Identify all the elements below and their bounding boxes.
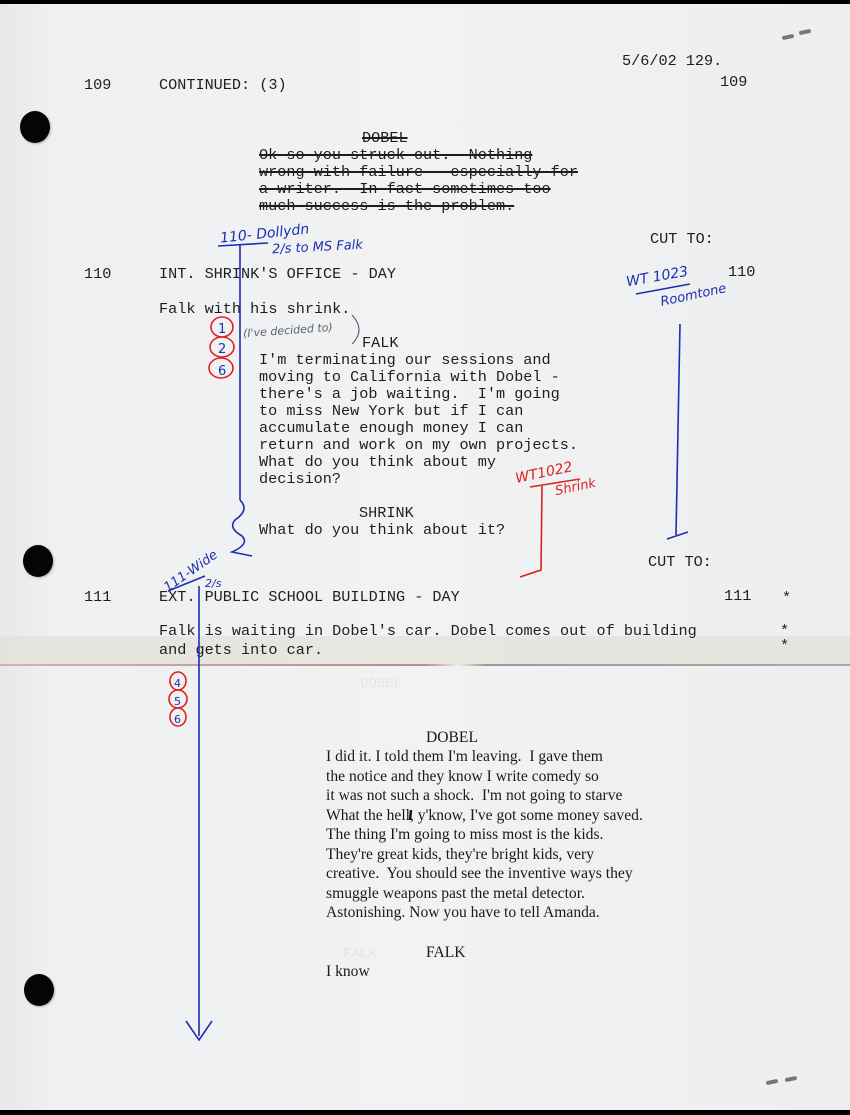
falk-dialogue-line: moving to California with Dobel -	[259, 369, 560, 386]
shrink-note: Shrink	[554, 476, 597, 499]
scene-111-action-line: and gets into car.	[159, 642, 323, 659]
scene-110-number-left: 110	[84, 266, 111, 283]
pasted-dobel-line: smuggle weapons past the metal detector.	[326, 884, 585, 904]
insert-note: (I've decided to)	[243, 321, 333, 340]
falk-dialogue-line: accumulate enough money I can	[259, 420, 523, 437]
show-through-text: FALK	[343, 946, 377, 962]
struck-dialogue-line: Ok so you struck out. Nothing	[259, 147, 532, 164]
falk-dialogue-line: there's a job waiting. I'm going	[259, 386, 560, 403]
pasted-falk-character-name: FALK	[426, 943, 466, 963]
transition-cut-to: CUT TO:	[650, 231, 714, 248]
staple-mark	[785, 1076, 798, 1082]
take-number: 2	[218, 342, 226, 357]
struck-dialogue-line: a writer. In fact sometimes too	[259, 181, 551, 198]
take-number: 1	[218, 322, 226, 337]
shrink-dialogue-line: What do you think about it?	[259, 522, 505, 539]
take-number: 6	[218, 364, 226, 379]
staple-mark	[799, 29, 812, 35]
pasted-falk-line: I know	[326, 962, 370, 982]
binder-hole-top	[20, 111, 50, 143]
struck-dialogue-line: wrong with failure - especially for	[259, 164, 578, 181]
binder-hole-bottom	[24, 974, 54, 1006]
scene-110-heading: INT. SHRINK'S OFFICE - DAY	[159, 266, 396, 283]
pasted-dobel-line: creative. You should see the inventive w…	[326, 864, 633, 884]
pasted-dobel-line: Astonishing. Now you have to tell Amanda…	[326, 903, 600, 923]
revision-asterisk: *	[780, 638, 789, 655]
transition-cut-to: CUT TO:	[648, 554, 712, 571]
scene-number-left: 109	[84, 77, 111, 94]
scene-111-number-right: 111	[724, 588, 751, 605]
scene-110-action: Falk with his shrink.	[159, 301, 350, 318]
falk-dialogue-line: decision?	[259, 471, 341, 488]
scene-111-number-left: 111	[84, 589, 111, 606]
take-number: 6	[174, 713, 181, 726]
take-number: 5	[174, 695, 181, 708]
falk-dialogue-line: return and work on my own projects.	[259, 437, 578, 454]
struck-character-name: DOBEL	[362, 130, 408, 147]
revision-asterisk: *	[782, 590, 791, 607]
binder-hole-middle	[23, 545, 53, 577]
shot-note-110-detail: 2/s to MS Falk	[272, 238, 364, 258]
pasted-dobel-line: They're great kids, they're bright kids,…	[326, 845, 594, 865]
pasted-dobel-line: What the hell, y'know, I've got some mon…	[326, 806, 643, 826]
roomtone-note: Roomtone	[659, 281, 728, 310]
staple-mark	[782, 34, 795, 40]
falk-dialogue-line: I'm terminating our sessions and	[259, 352, 551, 369]
pasted-dobel-line: it was not such a shock. I'm not going t…	[326, 786, 622, 806]
scene-111-heading: EXT. PUBLIC SCHOOL BUILDING - DAY	[159, 589, 460, 606]
shrink-character-name: SHRINK	[359, 505, 414, 522]
continued-label: CONTINUED: (3)	[159, 77, 287, 94]
revision-date-page: 5/6/02 129.	[622, 53, 722, 70]
script-page: DOBEL FALK 5/6/02 129. 109 CONTINUED: (3…	[0, 4, 850, 1110]
scene-111-action-line: Falk is waiting in Dobel's car. Dobel co…	[159, 623, 697, 640]
falk-character-name: FALK	[362, 335, 398, 352]
pasted-paper-band	[0, 636, 850, 666]
pasted-dobel-character-name: DOBEL	[426, 728, 478, 748]
pasted-dobel-line: The thing I'm going to miss most is the …	[326, 825, 603, 845]
shot-note-111-detail: 2/s	[205, 577, 221, 590]
scene-number-right: 109	[720, 74, 747, 91]
struck-dialogue-line: much success is the problem.	[259, 198, 514, 215]
pasted-dobel-line: I did it. I told them I'm leaving. I gav…	[326, 747, 603, 767]
falk-dialogue-line: to miss New York but if I can	[259, 403, 523, 420]
pasted-paper-edge	[0, 664, 850, 666]
show-through-text: DOBEL	[360, 676, 402, 692]
staple-mark	[766, 1079, 779, 1085]
wild-track-1023: WT 1023	[625, 264, 689, 291]
take-number: 4	[174, 677, 181, 690]
scene-110-number-right: 110	[728, 264, 755, 281]
falk-dialogue-line: What do you think about my	[259, 454, 496, 471]
pasted-dobel-line: the notice and they know I write comedy …	[326, 767, 599, 787]
